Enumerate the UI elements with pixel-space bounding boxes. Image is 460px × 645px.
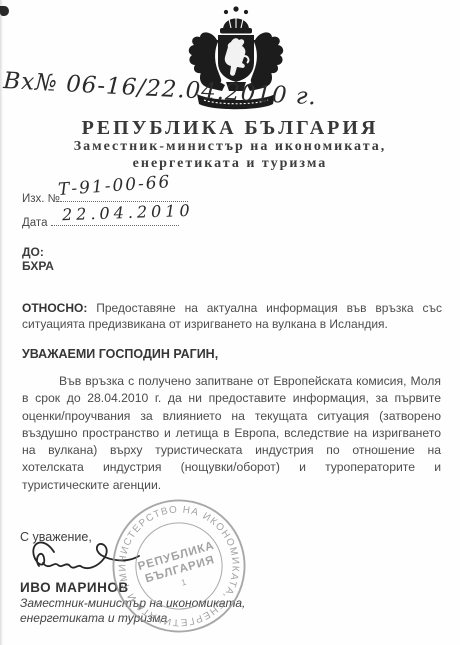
body-paragraph: Във връзка с получено запитване от Европ… bbox=[22, 373, 441, 494]
salutation: УВАЖАЕМИ ГОСПОДИН РАГИН, bbox=[22, 347, 218, 361]
stamp-number: 1 bbox=[180, 577, 188, 588]
letterhead-subtitle-line1: Заместник-министър на икономиката, bbox=[0, 139, 460, 155]
subject-label: ОТНОСНО: bbox=[22, 301, 87, 315]
date-label: Дата bbox=[22, 217, 47, 229]
letterhead-title: РЕПУБЛИКА БЪЛГАРИЯ bbox=[0, 117, 460, 140]
letterhead-subtitle-line2: енергетиката и туризма bbox=[0, 156, 460, 172]
recipient-name: БХРА bbox=[22, 259, 54, 273]
recipient-block: ДО: БХРА bbox=[22, 245, 54, 273]
scanned-letter-page: Вх№ 06-16/22.04.2010 г. РЕПУБЛИКА БЪЛГАР… bbox=[0, 0, 460, 645]
scan-artifact bbox=[0, 6, 9, 16]
outgoing-number-label: Изх. № bbox=[22, 193, 60, 205]
scan-edge-shadow bbox=[0, 0, 3, 645]
subject-line: ОТНОСНО: Предоставяне на актуална информ… bbox=[22, 301, 442, 332]
recipient-to-label: ДО: bbox=[22, 245, 54, 259]
